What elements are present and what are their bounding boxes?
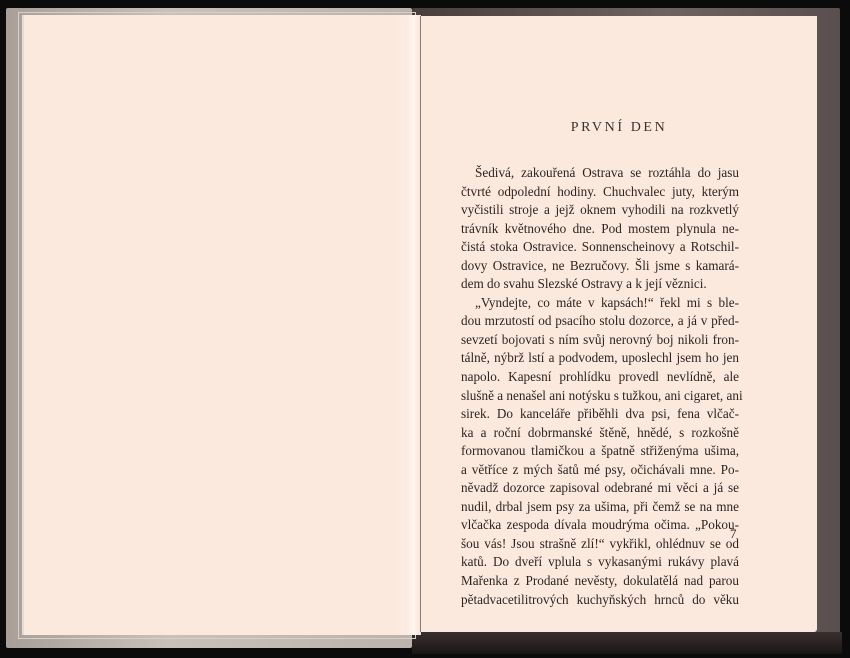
text-line: čistá stoka Ostravice. Sonnenscheinovy a… <box>461 238 739 257</box>
left-page-edge <box>18 12 416 639</box>
text-line: šou vás! Jsou strašně zlí!“ vykřikl, ohl… <box>461 535 739 554</box>
photo-background: PRVNÍ DEN Šedivá, zakouřená Ostrava se r… <box>0 0 850 658</box>
text-line: formovanou tlamičkou a špatně střiženýma… <box>461 442 739 461</box>
text-line: trávník květnového dne. Pod mostem plynu… <box>461 220 739 239</box>
text-line: dou mrzutostí od psacího stolu dozorce, … <box>461 312 739 331</box>
text-line: „Vyndejte, co máte v kapsách!“ řekl mi s… <box>461 294 739 313</box>
text-line: čtvrté odpolední hodiny. Chuchvalec juty… <box>461 183 739 202</box>
page-number: 7 <box>730 526 737 542</box>
text-line: katů. Do dveří vplula s vykasanými rukáv… <box>461 553 739 572</box>
text-line: sevzetí bojovati s ním svůj nerovný boj … <box>461 331 739 350</box>
book-gutter <box>405 15 421 635</box>
cover-shadow <box>412 632 842 654</box>
text-line: Mařenka z Prodané nevěsty, dokulatělá na… <box>461 572 739 591</box>
text-line: dem do svahu Slezské Ostravy a k její vě… <box>461 275 739 294</box>
text-line: Šedivá, zakouřená Ostrava se roztáhla do… <box>461 164 739 183</box>
text-line: dovy Ostravice, ne Bezručovy. Šli jsme s… <box>461 257 739 276</box>
text-line: tálně, nýbrž lstí a podvodem, uposlechl … <box>461 349 739 368</box>
chapter-title: PRVNÍ DEN <box>421 120 817 136</box>
text-line: něvadž dozorce zapisoval odebrané mi věc… <box>461 479 739 498</box>
text-line: napolo. Kapesní prohlídku provedl nevlíd… <box>461 368 739 387</box>
text-line: nudil, drbal jsem psy za ušima, při čemž… <box>461 498 739 517</box>
right-page: PRVNÍ DEN Šedivá, zakouřená Ostrava se r… <box>420 16 817 632</box>
body-text: Šedivá, zakouřená Ostrava se roztáhla do… <box>461 164 739 609</box>
text-line: sirek. Do kanceláře přiběhli dva psi, fe… <box>461 405 739 424</box>
text-line: pětadvacetilitrových kuchyňských hrnců d… <box>461 591 739 610</box>
text-line: slušně a nenašel ani notýsku s tužkou, a… <box>461 387 739 406</box>
text-line: vyčistili stroje a jejž oknem vyhodili n… <box>461 201 739 220</box>
left-page-blank <box>22 15 416 635</box>
paragraph-1: Šedivá, zakouřená Ostrava se roztáhla do… <box>461 164 739 294</box>
text-line: ka a roční dobrmanské štěně, hnědé, s ro… <box>461 424 739 443</box>
text-line: a větříce z mých šatů mé psy, očichávali… <box>461 461 739 480</box>
paragraph-2: „Vyndejte, co máte v kapsách!“ řekl mi s… <box>461 294 739 609</box>
text-line: vlčačka zespoda dívala moudrýma očima. „… <box>461 516 739 535</box>
